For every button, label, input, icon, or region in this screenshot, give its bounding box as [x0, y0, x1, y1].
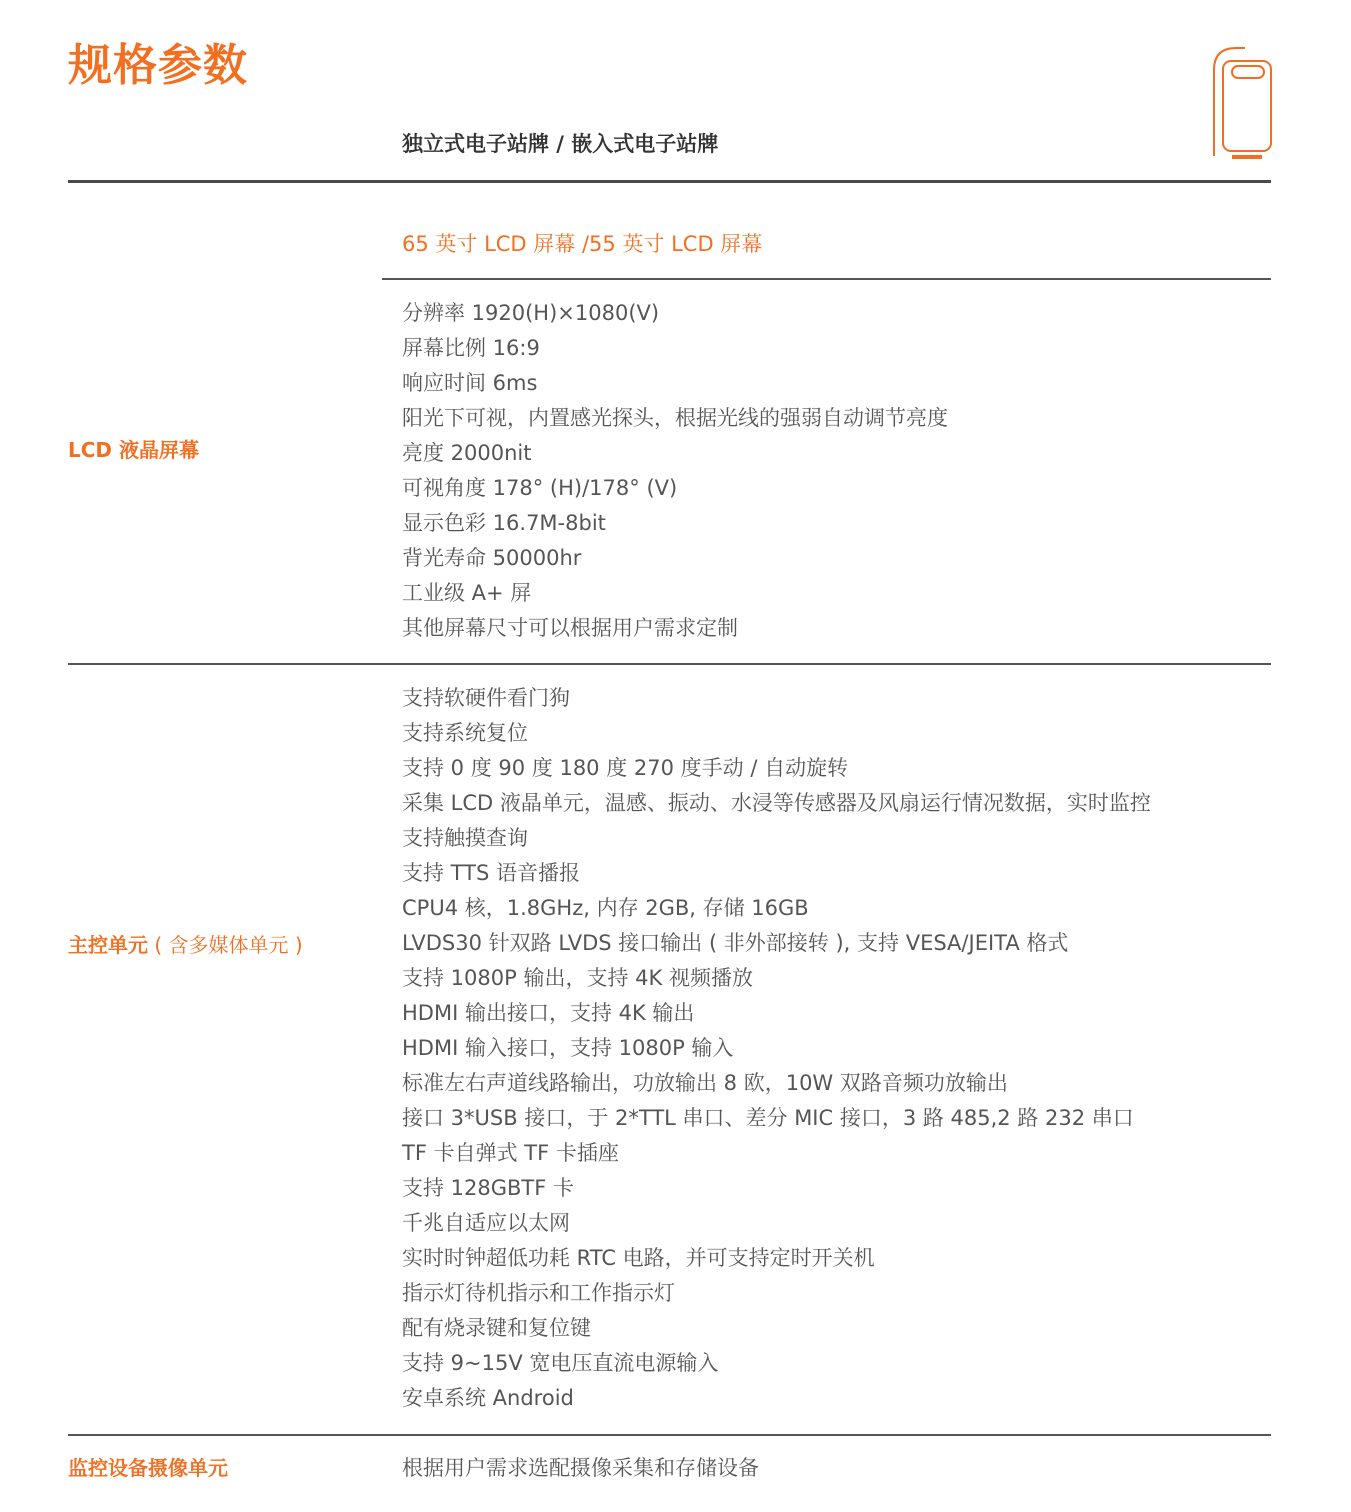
spec-item: 背光寿命 50000hr — [402, 541, 948, 576]
header-divider — [68, 180, 1271, 183]
spec-item: 可视角度 178° (H)/178° (V) — [402, 471, 948, 506]
spec-item: CPU4 核，1.8GHz, 内存 2GB, 存储 16GB — [402, 891, 1151, 926]
spec-item: 安卓系统 Android — [402, 1381, 1151, 1416]
section-label-text: 监控设备摄像单元 — [68, 1456, 228, 1480]
spec-item: 支持系统复位 — [402, 716, 1151, 751]
section-divider — [68, 663, 1271, 665]
section-label-camera: 监控设备摄像单元 — [68, 1452, 228, 1484]
spec-item: 阳光下可视，内置感光探头，根据光线的强弱自动调节亮度 — [402, 401, 948, 436]
spec-item: 屏幕比例 16:9 — [402, 331, 948, 366]
spec-item: 支持软硬件看门狗 — [402, 681, 1151, 716]
spec-item: 支持 TTS 语音播报 — [402, 856, 1151, 891]
spec-item: 支持触摸查询 — [402, 821, 1151, 856]
section-label-text: 主控单元 — [68, 933, 148, 957]
spec-item: HDMI 输出接口，支持 4K 输出 — [402, 996, 1151, 1031]
screen-size-divider — [382, 278, 1271, 280]
spec-item: 标准左右声道线路输出，功放输出 8 欧，10W 双路音频功放输出 — [402, 1066, 1151, 1101]
section-label-suffix: ( 含多媒体单元 ) — [148, 933, 303, 957]
spec-item: LVDS30 针双路 LVDS 接口输出 ( 非外部接转 ), 支持 VESA/… — [402, 926, 1151, 961]
section-label-main-control: 主控单元 ( 含多媒体单元 ) — [68, 929, 303, 961]
spec-item: TF 卡自弹式 TF 卡插座 — [402, 1136, 1151, 1171]
spec-item: 显示色彩 16.7M-8bit — [402, 506, 948, 541]
spec-item: 分辨率 1920(H)×1080(V) — [402, 296, 948, 331]
spec-item: 实时时钟超低功耗 RTC 电路，并可支持定时开关机 — [402, 1241, 1151, 1276]
section-label-text: LCD 液晶屏幕 — [68, 438, 199, 462]
page-title: 规格参数 — [68, 36, 248, 96]
spec-item: 支持 1080P 输出，支持 4K 视频播放 — [402, 961, 1151, 996]
spec-list-main-control: 支持软硬件看门狗 支持系统复位 支持 0 度 90 度 180 度 270 度手… — [402, 681, 1151, 1416]
bus-stop-sign-icon — [1210, 44, 1276, 160]
spec-item: 支持 9~15V 宽电压直流电源输入 — [402, 1346, 1151, 1381]
spec-item: 指示灯待机指示和工作指示灯 — [402, 1276, 1151, 1311]
spec-item: 其他屏幕尺寸可以根据用户需求定制 — [402, 611, 948, 646]
spec-item: 支持 0 度 90 度 180 度 270 度手动 / 自动旋转 — [402, 751, 1151, 786]
spec-item: 亮度 2000nit — [402, 436, 948, 471]
spec-item: 支持 128GBTF 卡 — [402, 1171, 1151, 1206]
spec-item: 配有烧录键和复位键 — [402, 1311, 1151, 1346]
spec-item: 响应时间 6ms — [402, 366, 948, 401]
spec-item: 千兆自适应以太网 — [402, 1206, 1151, 1241]
spec-item: 工业级 A+ 屏 — [402, 576, 948, 611]
spec-item: 接口 3*USB 接口，于 2*TTL 串口、差分 MIC 接口，3 路 485… — [402, 1101, 1151, 1136]
section-divider — [68, 1434, 1271, 1436]
section-label-lcd: LCD 液晶屏幕 — [68, 434, 199, 466]
screen-size-heading: 65 英寸 LCD 屏幕 /55 英寸 LCD 屏幕 — [402, 228, 762, 260]
product-subtitle: 独立式电子站牌 / 嵌入式电子站牌 — [402, 128, 718, 160]
spec-item: 采集 LCD 液晶单元，温感、振动、水浸等传感器及风扇运行情况数据，实时监控 — [402, 786, 1151, 821]
spec-item: HDMI 输入接口，支持 1080P 输入 — [402, 1031, 1151, 1066]
spec-item: 根据用户需求选配摄像采集和存储设备 — [402, 1451, 759, 1486]
spec-list-lcd: 分辨率 1920(H)×1080(V) 屏幕比例 16:9 响应时间 6ms 阳… — [402, 296, 948, 646]
